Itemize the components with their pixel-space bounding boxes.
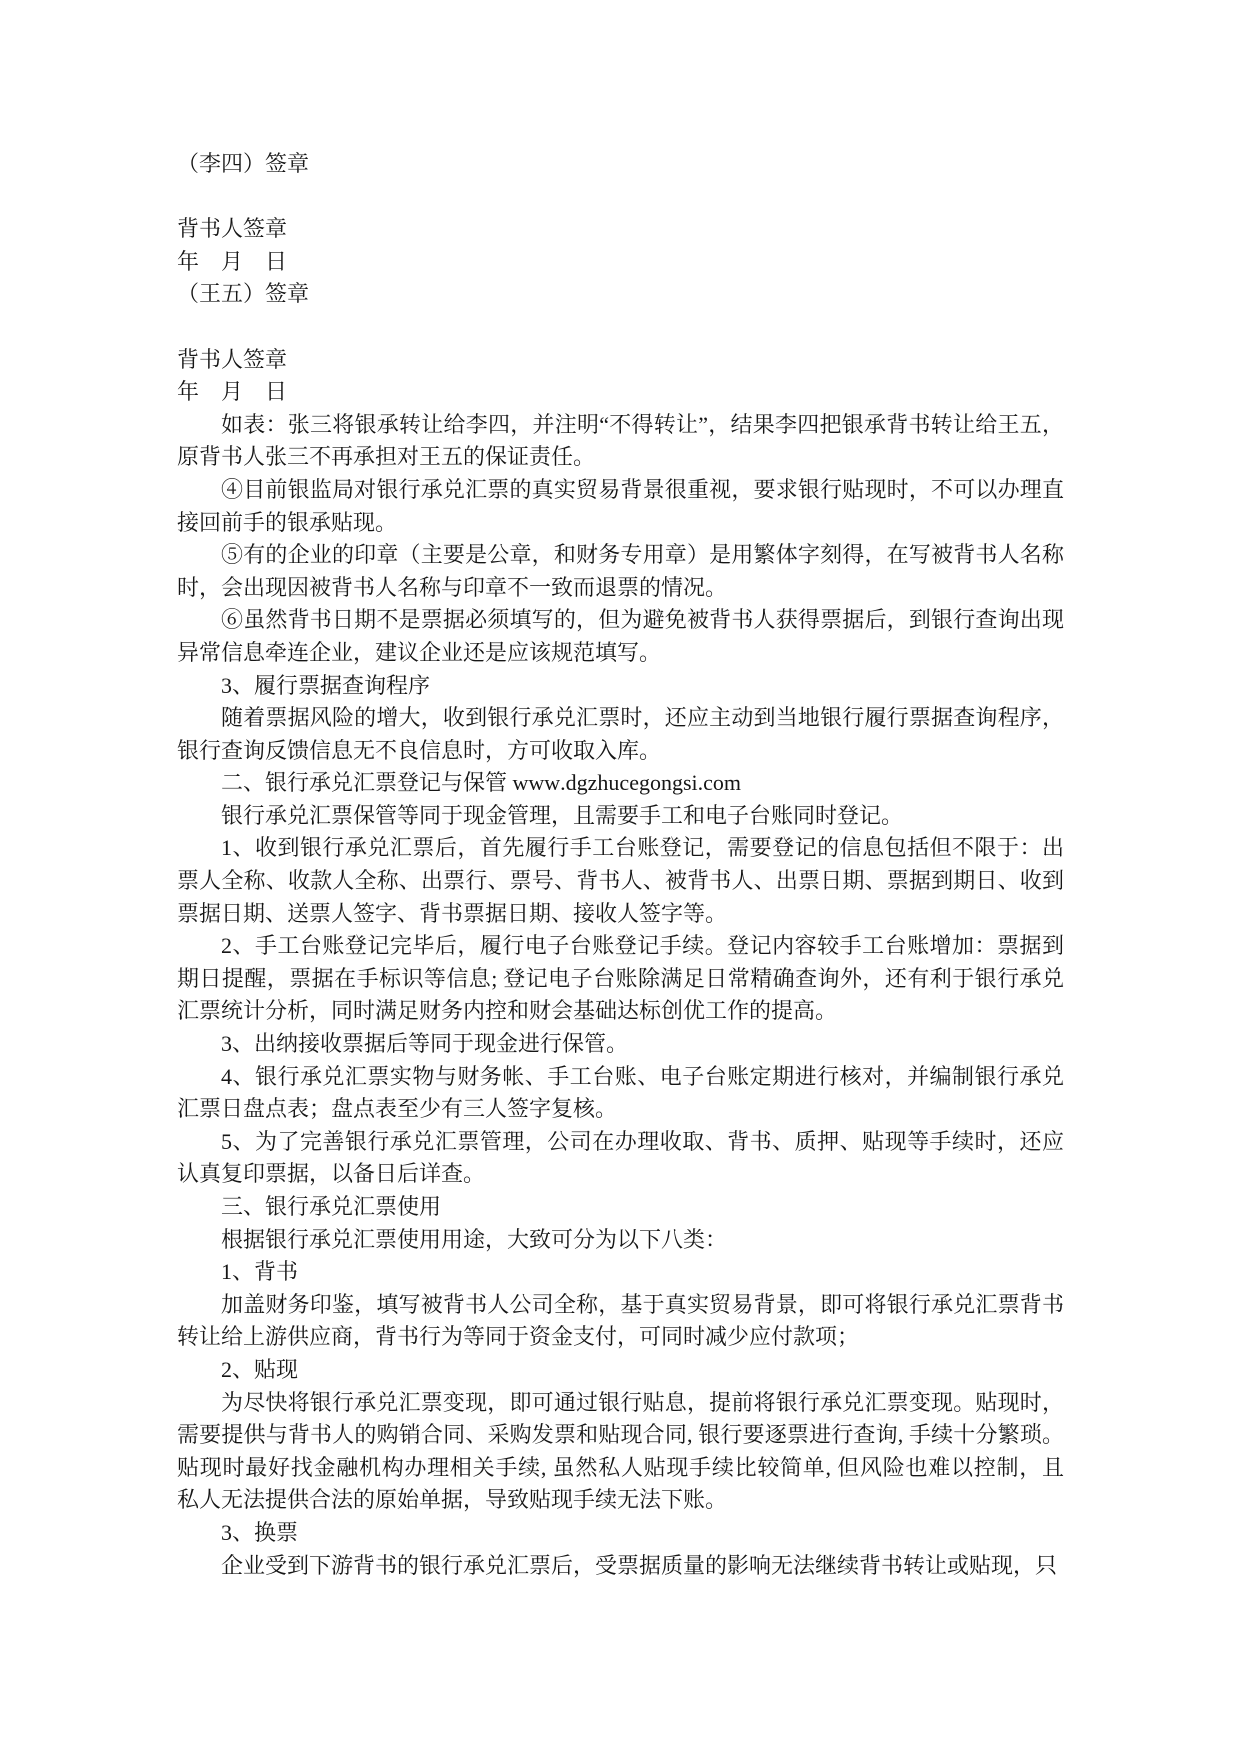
text-line: ④目前银监局对银行承兑汇票的真实贸易背景很重视，要求银行贴现时，不可以办理直	[177, 474, 1064, 507]
text-line: 时，会出现因被背书人名称与印章不一致而退票的情况。	[177, 572, 1064, 605]
text-line: 加盖财务印鉴，填写被背书人公司全称，基于真实贸易背景，即可将银行承兑汇票背书	[177, 1289, 1064, 1322]
text-line: 二、银行承兑汇票登记与保管 www.dgzhucegongsi.com	[177, 767, 1064, 800]
text-line: 3、出纳接收票据后等同于现金进行保管。	[177, 1028, 1064, 1061]
text-line: 原背书人张三不再承担对王五的保证责任。	[177, 441, 1064, 474]
text-line: 接回前手的银承贴现。	[177, 507, 1064, 540]
text-line: 银行查询反馈信息无不良信息时，方可收取入库。	[177, 735, 1064, 768]
text-line: 如表：张三将银承转让给李四，并注明“不得转让”，结果李四把银承背书转让给王五，	[177, 409, 1064, 442]
text-line: 票人全称、收款人全称、出票行、票号、背书人、被背书人、出票日期、票据到期日、收到	[177, 865, 1064, 898]
text-line: 三、银行承兑汇票使用	[177, 1191, 1064, 1224]
text-line: 3、履行票据查询程序	[177, 670, 1064, 703]
text-line: 银行承兑汇票保管等同于现金管理，且需要手工和电子台账同时登记。	[177, 800, 1064, 833]
text-line: （王五）签章	[177, 278, 1064, 311]
blank-line	[177, 311, 1064, 344]
document-page: （李四）签章背书人签章年 月 日（王五）签章背书人签章年 月 日如表：张三将银承…	[0, 0, 1241, 1754]
text-line: 私人无法提供合法的原始单据，导致贴现手续无法下账。	[177, 1484, 1064, 1517]
text-line: ⑥虽然背书日期不是票据必须填写的，但为避免被背书人获得票据后，到银行查询出现	[177, 604, 1064, 637]
text-line: 需要提供与背书人的购销合同、采购发票和贴现合同, 银行要逐票进行查询, 手续十分…	[177, 1419, 1064, 1452]
text-line: 年 月 日	[177, 376, 1064, 409]
text-line: ⑤有的企业的印章（主要是公章，和财务专用章）是用繁体字刻得，在写被背书人名称	[177, 539, 1064, 572]
text-line: 5、为了完善银行承兑汇票管理，公司在办理收取、背书、质押、贴现等手续时，还应	[177, 1126, 1064, 1159]
text-line: 期日提醒，票据在手标识等信息; 登记电子台账除满足日常精确查询外，还有利于银行承…	[177, 963, 1064, 996]
text-line: 3、换票	[177, 1517, 1064, 1550]
text-line: 1、背书	[177, 1256, 1064, 1289]
text-line: 2、手工台账登记完毕后，履行电子台账登记手续。登记内容较手工台账增加：票据到	[177, 930, 1064, 963]
text-line: 4、银行承兑汇票实物与财务帐、手工台账、电子台账定期进行核对，并编制银行承兑	[177, 1061, 1064, 1094]
document-body: （李四）签章背书人签章年 月 日（王五）签章背书人签章年 月 日如表：张三将银承…	[177, 148, 1064, 1582]
text-line: 背书人签章	[177, 344, 1064, 377]
text-line: 异常信息牵连企业，建议企业还是应该规范填写。	[177, 637, 1064, 670]
text-line: 年 月 日	[177, 246, 1064, 279]
text-line: 转让给上游供应商，背书行为等同于资金支付，可同时减少应付款项；	[177, 1321, 1064, 1354]
text-line: 票据日期、送票人签字、背书票据日期、接收人签字等。	[177, 898, 1064, 931]
text-line: （李四）签章	[177, 148, 1064, 181]
text-line: 2、贴现	[177, 1354, 1064, 1387]
text-line: 根据银行承兑汇票使用用途，大致可分为以下八类：	[177, 1224, 1064, 1257]
text-line: 1、收到银行承兑汇票后，首先履行手工台账登记，需要登记的信息包括但不限于：出	[177, 832, 1064, 865]
text-line: 背书人签章	[177, 213, 1064, 246]
text-line: 汇票日盘点表；盘点表至少有三人签字复核。	[177, 1093, 1064, 1126]
text-line: 为尽快将银行承兑汇票变现，即可通过银行贴息，提前将银行承兑汇票变现。贴现时，	[177, 1387, 1064, 1420]
text-line: 企业受到下游背书的银行承兑汇票后，受票据质量的影响无法继续背书转让或贴现，只	[177, 1550, 1064, 1583]
text-line: 认真复印票据，以备日后详查。	[177, 1158, 1064, 1191]
text-line: 随着票据风险的增大，收到银行承兑汇票时，还应主动到当地银行履行票据查询程序，	[177, 702, 1064, 735]
text-line: 汇票统计分析，同时满足财务内控和财会基础达标创优工作的提高。	[177, 995, 1064, 1028]
text-line: 贴现时最好找金融机构办理相关手续, 虽然私人贴现手续比较简单, 但风险也难以控制…	[177, 1452, 1064, 1485]
blank-line	[177, 181, 1064, 214]
